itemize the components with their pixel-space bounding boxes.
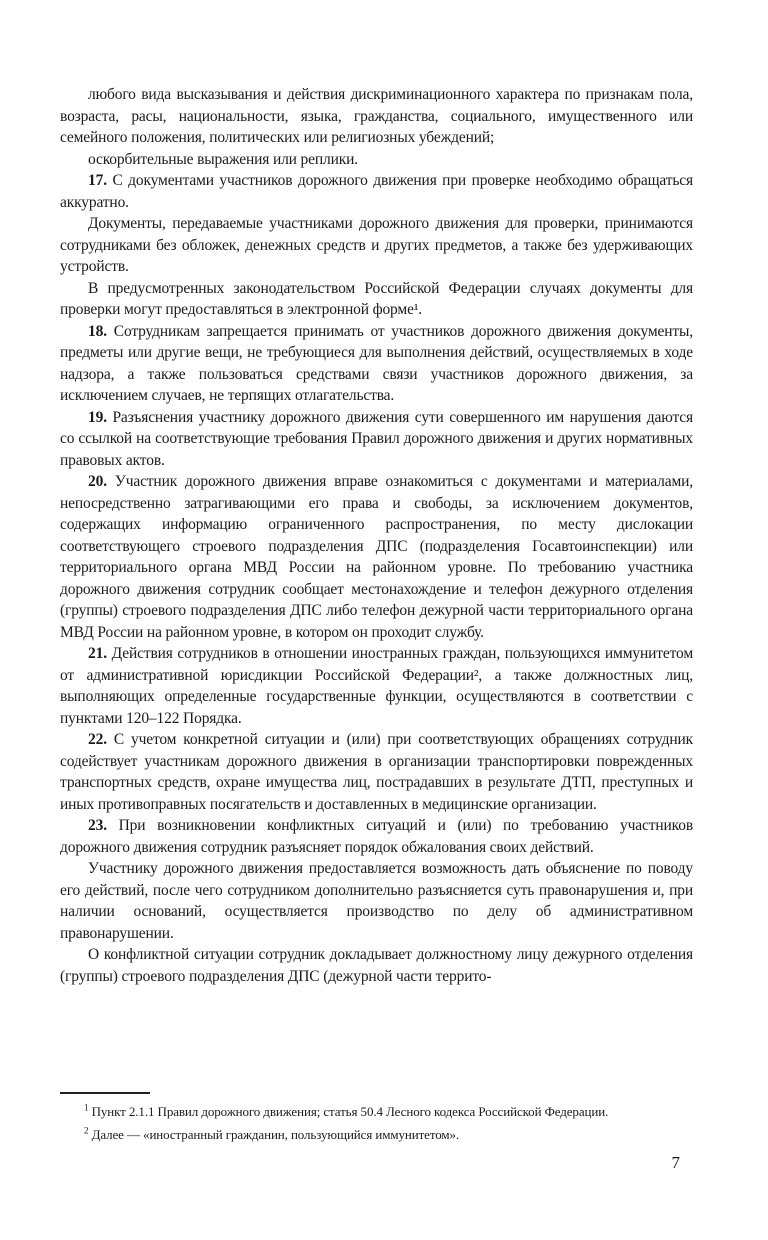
paragraph-number: 22. <box>88 731 107 748</box>
footnote-separator <box>60 1092 150 1094</box>
paragraph-number: 21. <box>88 645 107 662</box>
footnote-text: Далее — «иностранный гражданин, пользующ… <box>92 1127 460 1142</box>
paragraph: любого вида высказывания и действия диск… <box>60 84 693 149</box>
paragraph: 20. Участник дорожного движения вправе о… <box>60 471 693 643</box>
paragraph-text: оскорбительные выражения или реплики. <box>88 151 358 168</box>
body-text: любого вида высказывания и действия диск… <box>60 84 693 1090</box>
paragraph-text: Сотрудникам запрещается принимать от уча… <box>60 323 693 405</box>
paragraph: 21. Действия сотрудников в отношении ино… <box>60 643 693 729</box>
paragraph: 19. Разъяснения участнику дорожного движ… <box>60 407 693 472</box>
paragraph: О конфликтной ситуации сотрудник доклады… <box>60 944 693 987</box>
paragraph-text: Участник дорожного движения вправе ознак… <box>60 473 693 641</box>
paragraph: В предусмотренных законодательством Росс… <box>60 278 693 321</box>
paragraph-number: 20. <box>88 473 107 490</box>
footnote: 1 Пункт 2.1.1 Правил дорожного движения;… <box>60 1100 693 1123</box>
paragraph-number: 17. <box>88 172 107 189</box>
paragraph-number: 23. <box>88 817 107 834</box>
paragraph-text: В предусмотренных законодательством Росс… <box>60 280 693 319</box>
paragraph-text: О конфликтной ситуации сотрудник доклады… <box>60 946 693 985</box>
paragraph-text: Участнику дорожного движения предоставля… <box>60 860 693 942</box>
document-page: любого вида высказывания и действия диск… <box>0 0 768 1240</box>
paragraph-number: 18. <box>88 323 107 340</box>
paragraph: оскорбительные выражения или реплики. <box>60 149 693 171</box>
paragraph: 22. С учетом конкретной ситуации и (или)… <box>60 729 693 815</box>
paragraph-text: Документы, передаваемые участниками доро… <box>60 215 693 275</box>
footnote-marker: 1 <box>84 1103 88 1113</box>
paragraph-text: С учетом конкретной ситуации и (или) при… <box>60 731 693 813</box>
paragraph: 18. Сотрудникам запрещается принимать от… <box>60 321 693 407</box>
paragraph-text: любого вида высказывания и действия диск… <box>60 86 693 146</box>
paragraph-text: Разъяснения участнику дорожного движения… <box>60 409 693 469</box>
paragraph: Участнику дорожного движения предоставля… <box>60 858 693 944</box>
paragraph: 23. При возникновении конфликтных ситуац… <box>60 815 693 858</box>
paragraph: 17. С документами участников дорожного д… <box>60 170 693 213</box>
paragraph: Документы, передаваемые участниками доро… <box>60 213 693 278</box>
page-number: 7 <box>672 1152 681 1174</box>
paragraph-number: 19. <box>88 409 107 426</box>
paragraph-text: Действия сотрудников в отношении иностра… <box>60 645 693 727</box>
footnotes: 1 Пункт 2.1.1 Правил дорожного движения;… <box>60 1100 693 1146</box>
footnote-text: Пункт 2.1.1 Правил дорожного движения; с… <box>92 1104 609 1119</box>
paragraph-text: При возникновении конфликтных ситуаций и… <box>60 817 693 856</box>
paragraph-text: С документами участников дорожного движе… <box>60 172 693 211</box>
footnote-marker: 2 <box>84 1126 88 1136</box>
footnote: 2 Далее — «иностранный гражданин, пользу… <box>60 1123 693 1146</box>
